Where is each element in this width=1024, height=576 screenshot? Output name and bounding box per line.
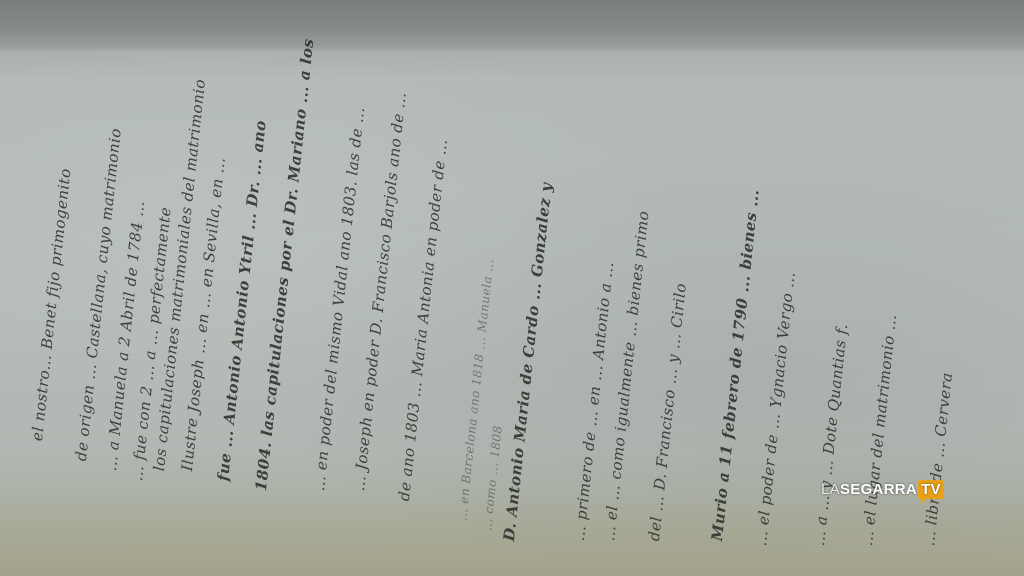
logo-tv-badge: TV xyxy=(918,480,944,499)
page-top-edge xyxy=(0,0,1024,48)
document-photo: el nostro... Benet fijo primogenitode or… xyxy=(0,0,1024,576)
logo-prefix: LA xyxy=(821,481,840,498)
logo-brand: SEGARRA xyxy=(840,481,917,498)
lasegarra-tv-logo: LASEGARRATV xyxy=(821,480,944,499)
